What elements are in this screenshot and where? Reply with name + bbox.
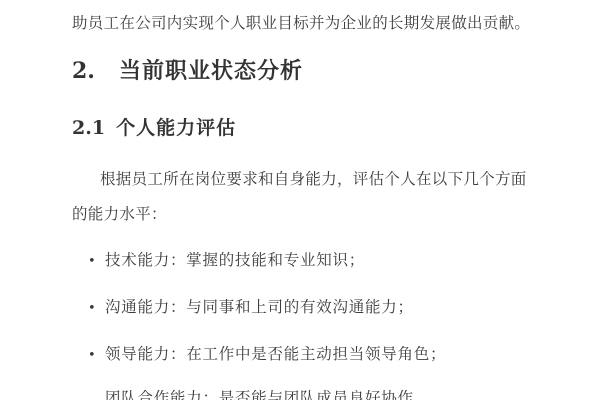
bullet-item-technical: •技术能力：掌握的技能和专业知识；	[88, 253, 365, 269]
section-number: 2.	[72, 58, 95, 84]
intro-paragraph-line: 助员工在公司内实现个人职业目标并为企业的长期发展做出贡献。	[72, 16, 530, 32]
document-page: 助员工在公司内实现个人职业目标并为企业的长期发展做出贡献。 2.当前职业状态分析…	[0, 0, 600, 400]
bullet-item-communication: •沟通能力：与同事和上司的有效沟通能力；	[88, 300, 414, 316]
bullet-item-leadership: •领导能力：在工作中是否能主动担当领导角色；	[88, 347, 446, 363]
bullet-item-teamwork: •团队合作能力：是否能与团队成员良好协作。	[88, 391, 430, 400]
bullet-text: 领导能力：在工作中是否能主动担当领导角色；	[105, 345, 446, 363]
subsection-heading: 2.1个人能力评估	[72, 119, 236, 138]
section-title: 当前职业状态分析	[119, 58, 303, 84]
bullet-icon: •	[88, 253, 105, 268]
bullet-icon: •	[88, 347, 105, 362]
subsection-number: 2.1	[72, 117, 105, 139]
body-paragraph-line-1: 根据员工所在岗位要求和自身能力，评估个人在以下几个方面	[100, 172, 527, 188]
bullet-icon: •	[88, 300, 105, 315]
body-paragraph-line-2: 的能力水平：	[72, 207, 167, 223]
section-heading: 2.当前职业状态分析	[72, 60, 303, 82]
subsection-title: 个人能力评估	[116, 117, 236, 139]
bullet-text: 沟通能力：与同事和上司的有效沟通能力；	[105, 298, 414, 316]
bullet-text: 技术能力：掌握的技能和专业知识；	[105, 251, 365, 269]
bullet-text: 团队合作能力：是否能与团队成员良好协作。	[105, 389, 430, 400]
